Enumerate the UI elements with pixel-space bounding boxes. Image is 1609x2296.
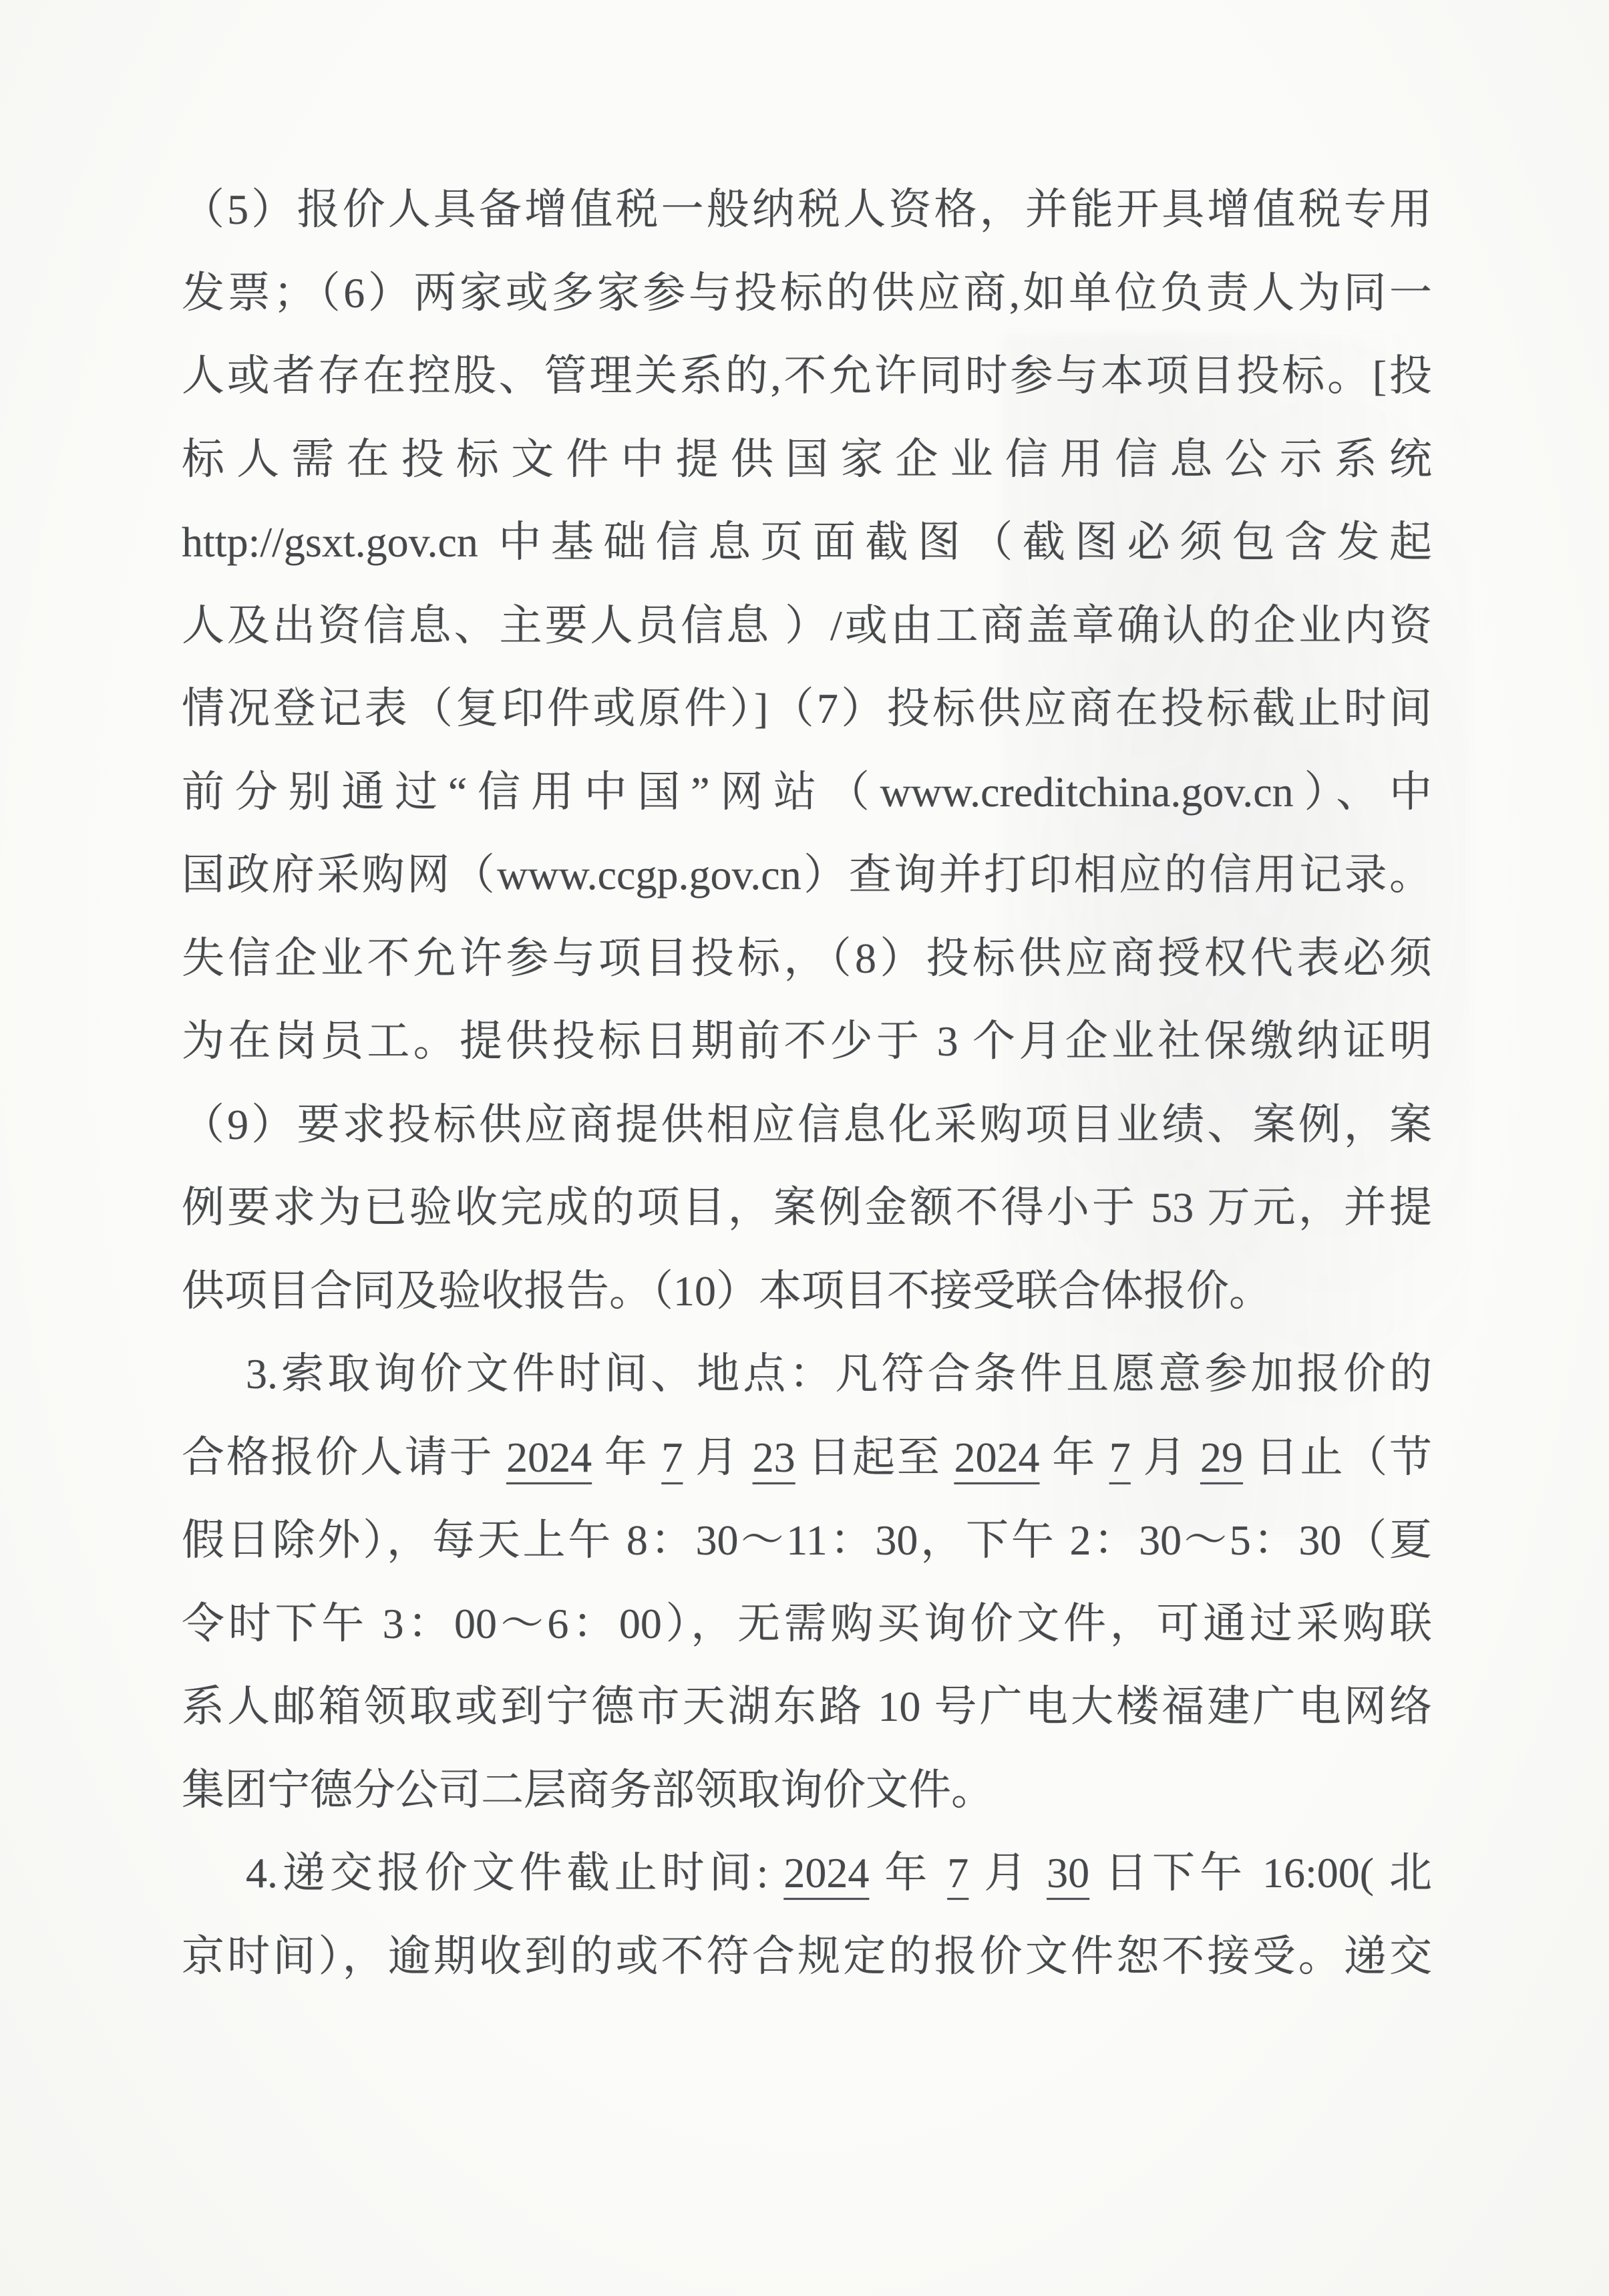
text-line: 供项目合同及验收报告。（10）本项目不接受联合体报价。 <box>182 1250 1432 1333</box>
underlined-date: 7 <box>661 1434 683 1481</box>
text-segment: （9）要求投标供应商提供相应信息化采购项目业绩、案例，案 <box>182 1101 1432 1148</box>
text-segment: 月 <box>968 1849 1047 1897</box>
text-segment: 年 <box>1039 1434 1109 1481</box>
text-segment: 国政府采购网（www.ccgp.gov.cn）查询并打印相应的信用记录。 <box>182 851 1432 898</box>
text-segment: 供项目合同及验收报告。（10）本项目不接受联合体报价。 <box>182 1267 1272 1315</box>
text-segment: （5）报价人具备增值税一般纳税人资格，并能开具增值税专用 <box>182 186 1432 233</box>
text-segment: 年 <box>869 1849 947 1897</box>
text-segment: 为在岗员工。提供投标日期前不少于 3 个月企业社保缴纳证明 <box>182 1017 1432 1065</box>
text-line: 标人需在投标文件中提供国家企业信用信息公示系统 <box>182 418 1432 502</box>
text-segment: 月 <box>1131 1434 1200 1481</box>
document-page: （5）报价人具备增值税一般纳税人资格，并能开具增值税专用发票；（6）两家或多家参… <box>0 0 1609 2296</box>
text-line: 假日除外），每天上午 8：30～11：30，下午 2：30～5：30（夏 <box>182 1499 1432 1583</box>
text-line: 3.索取询价文件时间、地点：凡符合条件且愿意参加报价的 <box>182 1333 1432 1416</box>
text-line: 发票；（6）两家或多家参与投标的供应商,如单位负责人为同一 <box>182 252 1432 335</box>
text-segment: 发票；（6）两家或多家参与投标的供应商,如单位负责人为同一 <box>182 269 1432 317</box>
text-line: （5）报价人具备增值税一般纳税人资格，并能开具增值税专用 <box>182 168 1432 252</box>
underlined-date: 2024 <box>954 1434 1039 1481</box>
text-line: （9）要求投标供应商提供相应信息化采购项目业绩、案例，案 <box>182 1084 1432 1167</box>
text-segment: 系人邮箱领取或到宁德市天湖东路 10 号广电大楼福建广电网络 <box>182 1683 1432 1730</box>
underlined-date: 29 <box>1200 1434 1243 1481</box>
text-segment: 集团宁德分公司二层商务部领取询价文件。 <box>182 1766 994 1814</box>
text-segment: 例要求为已验收完成的项目，案例金额不得小于 53 万元，并提 <box>182 1184 1432 1231</box>
text-segment: 令时下午 3：00～6：00），无需购买询价文件，可通过采购联 <box>182 1600 1432 1647</box>
underlined-date: 23 <box>753 1434 795 1481</box>
text-segment: 日起至 <box>795 1434 954 1481</box>
text-line: http://gsxt.gov.cn 中基础信息页面截图（截图必须包含发起 <box>182 501 1432 585</box>
text-line: 例要求为已验收完成的项目，案例金额不得小于 53 万元，并提 <box>182 1166 1432 1250</box>
text-line: 4.递交报价文件截止时间: 2024 年 7 月 30 日下午 16:00( 北 <box>182 1832 1432 1915</box>
text-line: 系人邮箱领取或到宁德市天湖东路 10 号广电大楼福建广电网络 <box>182 1665 1432 1749</box>
text-segment: 3.索取询价文件时间、地点：凡符合条件且愿意参加报价的 <box>246 1350 1432 1398</box>
text-line: 令时下午 3：00～6：00），无需购买询价文件，可通过采购联 <box>182 1583 1432 1666</box>
text-segment: 合格报价人请于 <box>182 1434 506 1481</box>
underlined-date: 7 <box>1109 1434 1131 1481</box>
text-line: 失信企业不允许参与项目投标，（8）投标供应商授权代表必须 <box>182 917 1432 1001</box>
text-line: 京时间），逾期收到的或不符合规定的报价文件恕不接受。递交 <box>182 1915 1432 1999</box>
text-segment: 日下午 16:00( 北 <box>1089 1849 1432 1897</box>
text-line: 前分别通过“信用中国”网站（www.creditchina.gov.cn）、中 <box>182 751 1432 834</box>
text-segment: 月 <box>683 1434 752 1481</box>
text-line: 国政府采购网（www.ccgp.gov.cn）查询并打印相应的信用记录。 <box>182 834 1432 917</box>
document-text: （5）报价人具备增值税一般纳税人资格，并能开具增值税专用发票；（6）两家或多家参… <box>182 168 1432 1998</box>
text-segment: 4.递交报价文件截止时间: <box>246 1849 783 1897</box>
text-line: 合格报价人请于 2024 年 7 月 23 日起至 2024 年 7 月 29 … <box>182 1416 1432 1500</box>
text-segment: 前分别通过“信用中国”网站（www.creditchina.gov.cn）、中 <box>182 768 1432 816</box>
underlined-date: 7 <box>947 1849 968 1897</box>
text-line: 集团宁德分公司二层商务部领取询价文件。 <box>182 1749 1432 1832</box>
text-segment: 人或者存在控股、管理关系的,不允许同时参与本项目投标。[投 <box>182 352 1432 399</box>
text-segment: 标人需在投标文件中提供国家企业信用信息公示系统 <box>182 436 1432 483</box>
text-segment: 失信企业不允许参与项目投标，（8）投标供应商授权代表必须 <box>182 935 1432 982</box>
text-segment: 日止（节 <box>1243 1434 1432 1481</box>
text-segment: 情况登记表（复印件或原件）]（7）投标供应商在投标截止时间 <box>182 685 1432 732</box>
underlined-date: 2024 <box>783 1849 869 1897</box>
text-segment: 京时间），逾期收到的或不符合规定的报价文件恕不接受。递交 <box>182 1933 1432 1980</box>
text-segment: http://gsxt.gov.cn 中基础信息页面截图（截图必须包含发起 <box>182 518 1432 566</box>
text-line: 人及出资信息、主要人员信息 ）/或由工商盖章确认的企业内资 <box>182 585 1432 668</box>
text-line: 为在岗员工。提供投标日期前不少于 3 个月企业社保缴纳证明 <box>182 1000 1432 1084</box>
text-line: 人或者存在控股、管理关系的,不允许同时参与本项目投标。[投 <box>182 335 1432 418</box>
underlined-date: 2024 <box>506 1434 592 1481</box>
text-segment: 假日除外），每天上午 8：30～11：30，下午 2：30～5：30（夏 <box>182 1516 1432 1564</box>
text-segment: 人及出资信息、主要人员信息 ）/或由工商盖章确认的企业内资 <box>182 602 1432 649</box>
underlined-date: 30 <box>1047 1849 1089 1897</box>
text-segment: 年 <box>592 1434 661 1481</box>
text-line: 情况登记表（复印件或原件）]（7）投标供应商在投标截止时间 <box>182 667 1432 751</box>
